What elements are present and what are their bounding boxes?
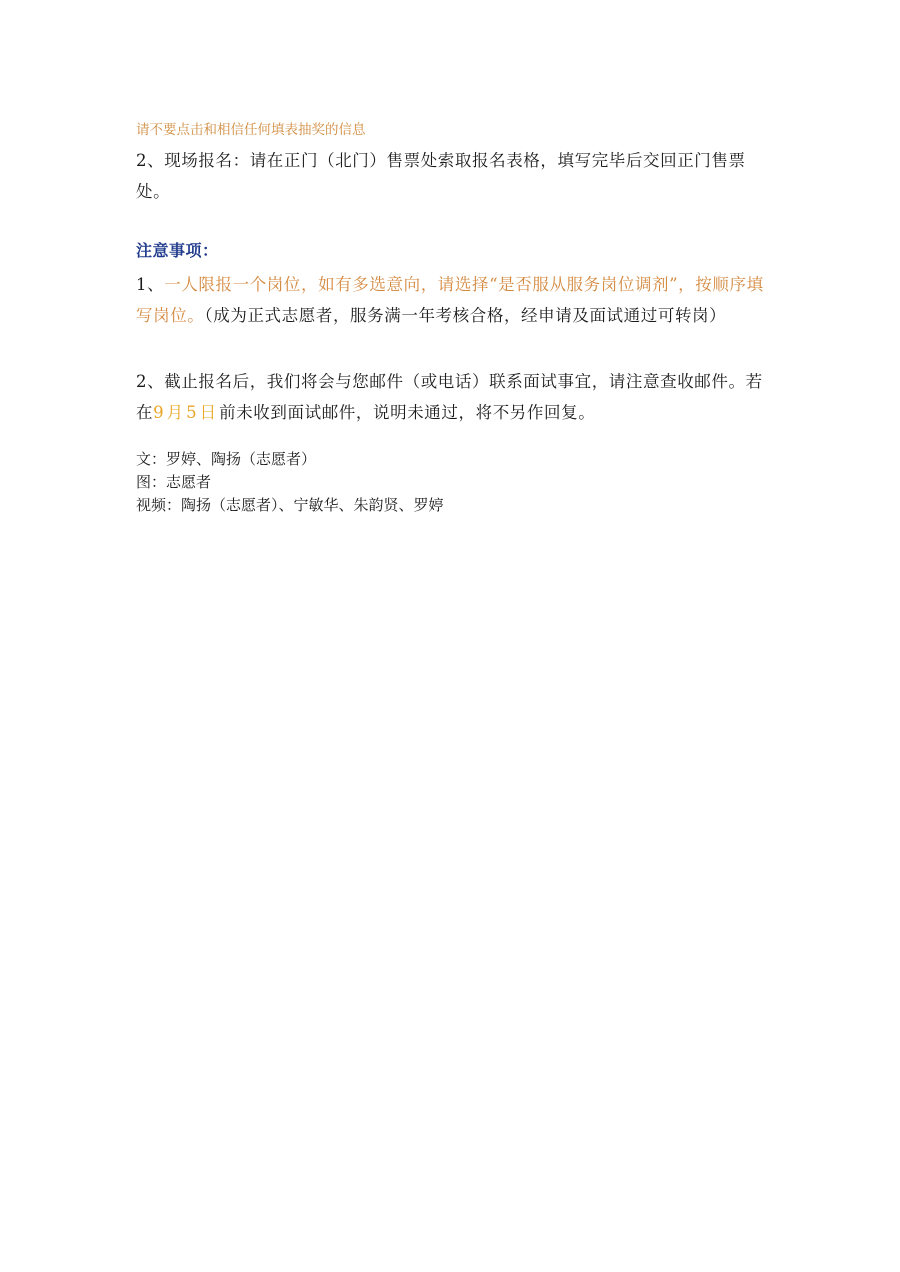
credits-block: 文：罗婷、陶扬（志愿者） 图：志愿者 视频：陶扬（志愿者）、宁敏华、朱韵贤、罗婷: [136, 448, 444, 517]
interview-deadline-date: 9月5日: [153, 403, 219, 422]
note-item-2-part2: 前未收到面试邮件，说明未通过，将不另作回复。: [219, 403, 595, 422]
notes-heading: 注意事项：: [136, 238, 219, 264]
credit-video: 视频：陶扬（志愿者）、宁敏华、朱韵贤、罗婷: [136, 494, 444, 517]
note-item-1-prefix: 1、: [136, 275, 164, 294]
credit-photo: 图：志愿者: [136, 471, 444, 494]
note-item-1-rest: （成为正式志愿者，服务满一年考核合格，经申请及面试通过可转岗）: [204, 306, 726, 325]
credit-text-authors: 文：罗婷、陶扬（志愿者）: [136, 448, 444, 471]
note-item-1: 1、一人限报一个岗位，如有多选意向，请选择“是否服从服务岗位调剂”，按顺序填写岗…: [136, 269, 776, 331]
note-item-2: 2、截止报名后，我们将会与您邮件（或电话）联系面试事宜，请注意查收邮件。若在9月…: [136, 366, 776, 428]
warning-notice: 请不要点击和相信任何填表抽奖的信息: [136, 120, 366, 140]
onsite-registration-paragraph: 2、现场报名：请在正门（北门）售票处索取报名表格，填写完毕后交回正门售票处。: [136, 145, 776, 207]
